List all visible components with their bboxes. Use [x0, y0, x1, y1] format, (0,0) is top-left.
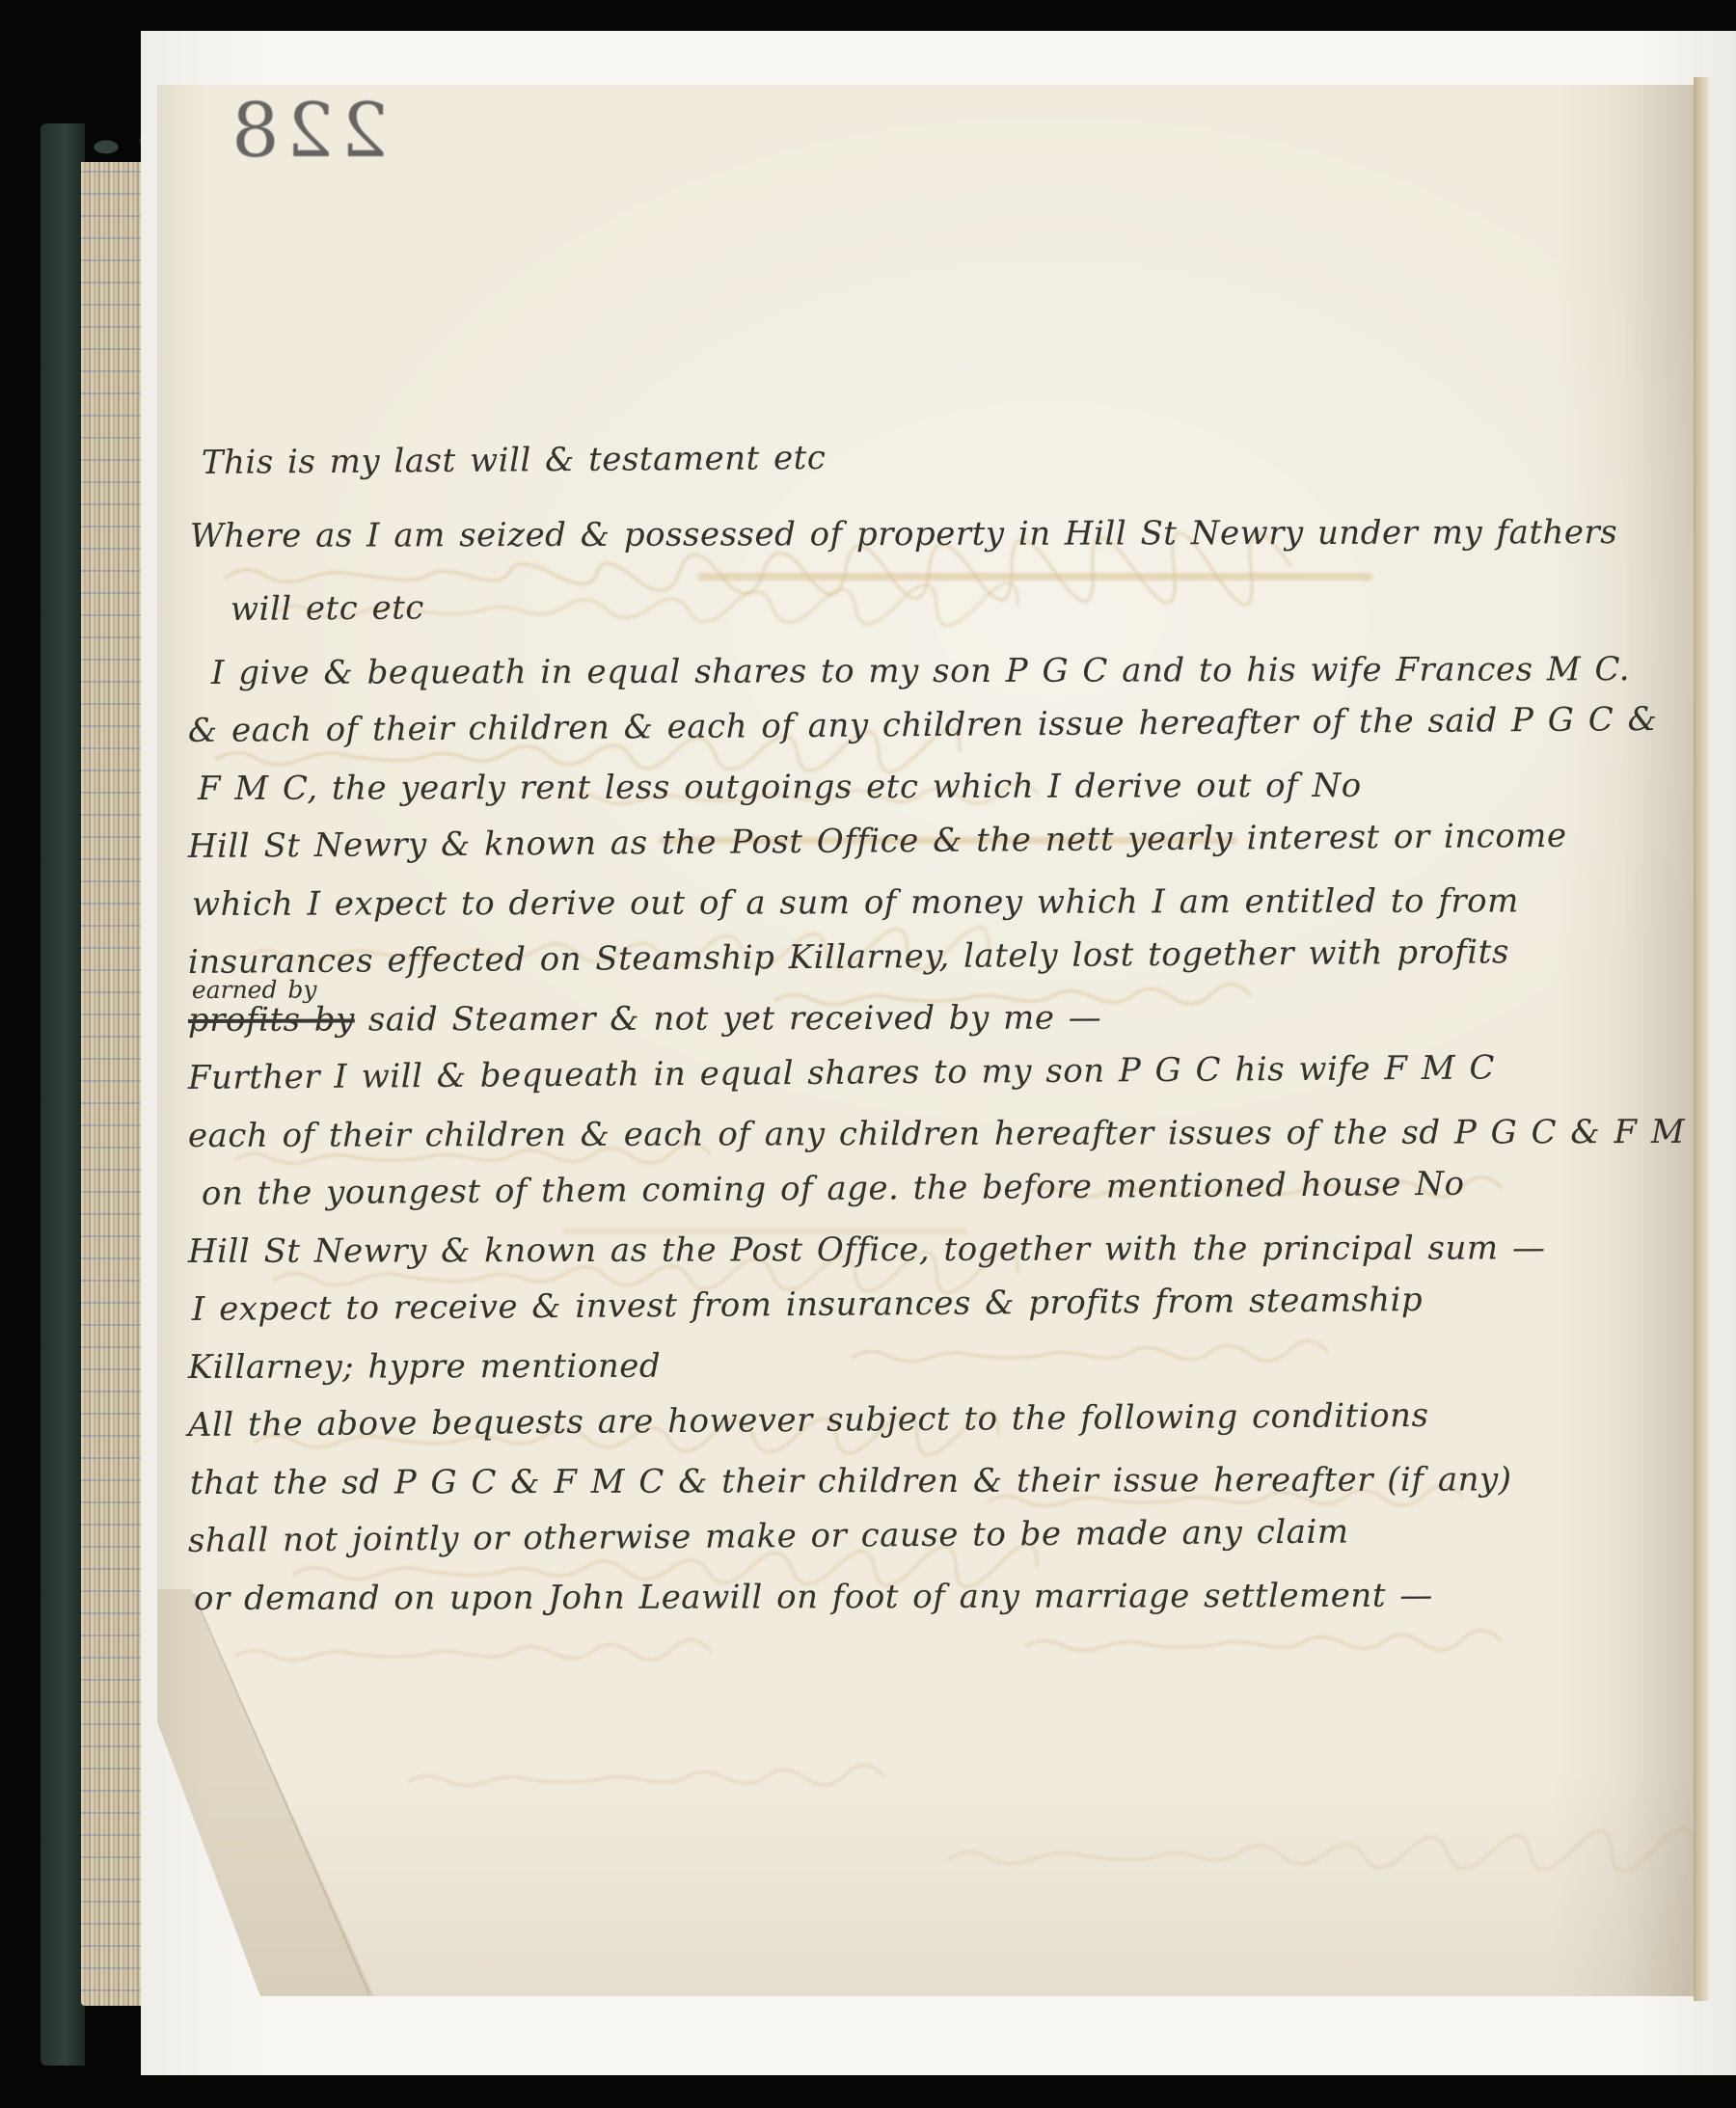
manuscript-line: & each of their children & each of any c… [188, 700, 1673, 770]
manuscript-line: or demand on upon John Leawill on foot o… [194, 1576, 1673, 1637]
manuscript-line: I expect to receive & invest from insura… [192, 1279, 1673, 1348]
manuscript-line: insurances effected on Steamship Killarn… [188, 932, 1673, 1001]
manuscript-line: All the above bequests are however subje… [188, 1394, 1673, 1464]
interlinear-insertion: earned by [192, 976, 317, 1004]
book-cover-edge [41, 123, 85, 2066]
manuscript-line-text: said Steamer & not yet received by me — [368, 999, 1102, 1040]
right-page-curl-edge [1694, 77, 1709, 2001]
book-scan: 228 [0, 0, 1736, 2108]
manuscript-line: Hill St Newry & known as the Post Office… [188, 816, 1673, 885]
manuscript-line: on the youngest of them coming of age. t… [202, 1163, 1673, 1232]
manuscript-page: 228 [157, 85, 1695, 1996]
handwritten-text: This is my last will & testament etc Whe… [188, 444, 1673, 1637]
manuscript-line: shall not jointly or otherwise make or c… [188, 1510, 1673, 1580]
page-number-bleedthrough: 228 [225, 89, 389, 176]
manuscript-line: will etc etc [231, 579, 1673, 654]
manuscript-line: Where as I am seized & possessed of prop… [190, 513, 1673, 590]
manuscript-line: This is my last will & testament etc [202, 432, 1674, 517]
struck-through-text: profits by [188, 1001, 355, 1040]
manuscript-line: Further I will & bequeath in equal share… [188, 1047, 1673, 1117]
